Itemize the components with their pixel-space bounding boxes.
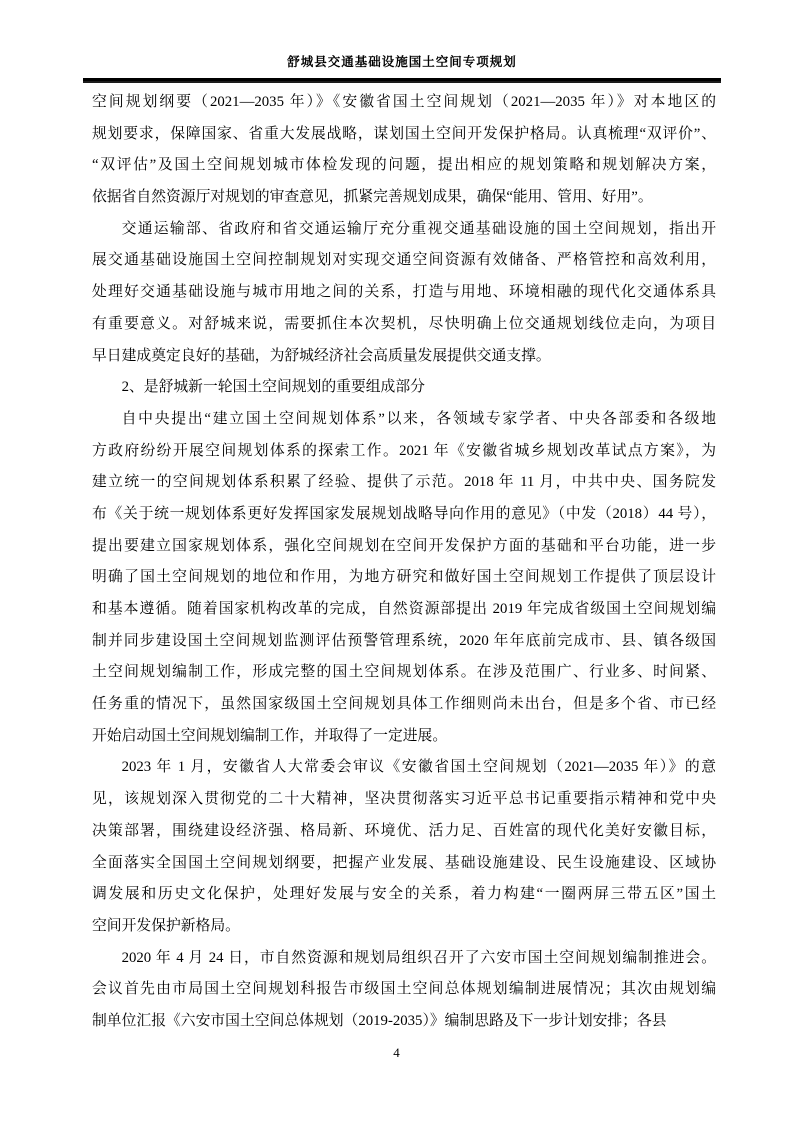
page-footer: 4: [0, 1044, 793, 1062]
text-line: 自中央提出“建立国土空间规划体系”以来，各领域专家学者、中央各部委和各级地: [92, 404, 716, 436]
paragraph: 2023 年 1 月，安徽省人大常委会审议《安徽省国土空间规划（2021—203…: [92, 752, 716, 942]
text-line: 方政府纷纷开展空间规划体系的探索工作。2021 年《安徽省城乡规划改革试点方案》…: [92, 436, 716, 468]
paragraph: 自中央提出“建立国土空间规划体系”以来，各领域专家学者、中央各部委和各级地方政府…: [92, 404, 716, 753]
document-page: 舒城县交通基础设施国土空间专项规划 空间规划纲要（2021—2035 年）》《安…: [0, 0, 793, 1122]
text-line: 建立统一的空间规划体系积累了经验、提供了示范。2018 年 11 月，中共中央、…: [92, 467, 716, 499]
text-line: 土空间规划编制工作，形成完整的国土空间规划体系。在涉及范围广、行业多、时间紧、: [92, 657, 716, 689]
text-line: 会议首先由市局国土空间规划科报告市级国土空间总体规划编制进展情况；其次由规划编: [92, 974, 716, 1006]
text-line: 调发展和历史文化保护，处理好发展与安全的关系，着力构建“一圈两屏三带五区”国土: [92, 879, 716, 911]
text-line: 明确了国土空间规划的地位和作用，为地方研究和做好国土空间规划工作提供了顶层设计: [92, 562, 716, 594]
text-line: 任务重的情况下，虽然国家级国土空间规划具体工作细则尚未出台，但是多个省、市已经: [92, 689, 716, 721]
header-title: 舒城县交通基础设施国土空间专项规划: [83, 52, 721, 70]
text-line: 2023 年 1 月，安徽省人大常委会审议《安徽省国土空间规划（2021—203…: [92, 752, 716, 784]
text-line: 空间规划纲要（2021—2035 年）》《安徽省国土空间规划（2021—2035…: [92, 87, 716, 119]
text-line: 早日建成奠定良好的基础，为舒城经济社会高质量发展提供交通支撑。: [92, 341, 716, 373]
text-line: 布《关于统一规划体系更好发挥国家发展规划战略导向作用的意见》（中发（2018）4…: [92, 499, 716, 531]
text-line: 2020 年 4 月 24 日，市自然资源和规划局组织召开了六安市国土空间规划编…: [92, 943, 716, 975]
page-header: 舒城县交通基础设施国土空间专项规划: [83, 52, 721, 83]
page-number: 4: [393, 1045, 400, 1060]
text-line: 展交通基础设施国土空间控制规划对实现交通空间资源有效储备、严格管控和高效利用，: [92, 245, 716, 277]
paragraph: 空间规划纲要（2021—2035 年）》《安徽省国土空间规划（2021—2035…: [92, 87, 716, 214]
text-line: 规划要求，保障国家、省重大发展战略，谋划国土空间开发保护格局。认真梳理“双评价”…: [92, 119, 716, 151]
text-line: 制并同步建设国土空间规划监测评估预警管理系统，2020 年年底前完成市、县、镇各…: [92, 626, 716, 658]
text-line: “双评估”及国土空间规划城市体检发现的问题，提出相应的规划策略和规划解决方案，: [92, 150, 716, 182]
text-line: 制单位汇报《六安市国土空间总体规划（2019-2035）》编制思路及下一步计划安…: [92, 1006, 716, 1038]
text-line: 和基本遵循。随着国家机构改革的完成，自然资源部提出 2019 年完成省级国土空间…: [92, 594, 716, 626]
text-line: 2、是舒城新一轮国土空间规划的重要组成部分: [92, 372, 716, 404]
text-line: 交通运输部、省政府和省交通运输厅充分重视交通基础设施的国土空间规划，指出开: [92, 214, 716, 246]
paragraph: 交通运输部、省政府和省交通运输厅充分重视交通基础设施的国土空间规划，指出开展交通…: [92, 214, 716, 372]
text-line: 有重要意义。对舒城来说，需要抓住本次契机，尽快明确上位交通规划线位走向，为项目: [92, 309, 716, 341]
text-line: 见，该规划深入贯彻党的二十大精神，坚决贯彻落实习近平总书记重要指示精神和党中央: [92, 784, 716, 816]
text-line: 处理好交通基础设施与城市用地之间的关系，打造与用地、环境相融的现代化交通体系具: [92, 277, 716, 309]
document-body: 空间规划纲要（2021—2035 年）》《安徽省国土空间规划（2021—2035…: [92, 87, 716, 1038]
text-line: 提出要建立国家规划体系，强化空间规划在空间开发保护方面的基础和平台功能，进一步: [92, 531, 716, 563]
text-line: 全面落实全国国土空间规划纲要，把握产业发展、基础设施建设、民生设施建设、区域协: [92, 848, 716, 880]
header-rule: [83, 78, 721, 83]
text-line: 空间开发保护新格局。: [92, 911, 716, 943]
section-heading: 2、是舒城新一轮国土空间规划的重要组成部分: [92, 372, 716, 404]
text-line: 决策部署，围绕建设经济强、格局新、环境优、活力足、百姓富的现代化美好安徽目标，: [92, 816, 716, 848]
text-line: 依据省自然资源厅对规划的审查意见，抓紧完善规划成果，确保“能用、管用、好用”。: [92, 182, 716, 214]
paragraph: 2020 年 4 月 24 日，市自然资源和规划局组织召开了六安市国土空间规划编…: [92, 943, 716, 1038]
text-line: 开始启动国土空间规划编制工作，并取得了一定进展。: [92, 721, 716, 753]
